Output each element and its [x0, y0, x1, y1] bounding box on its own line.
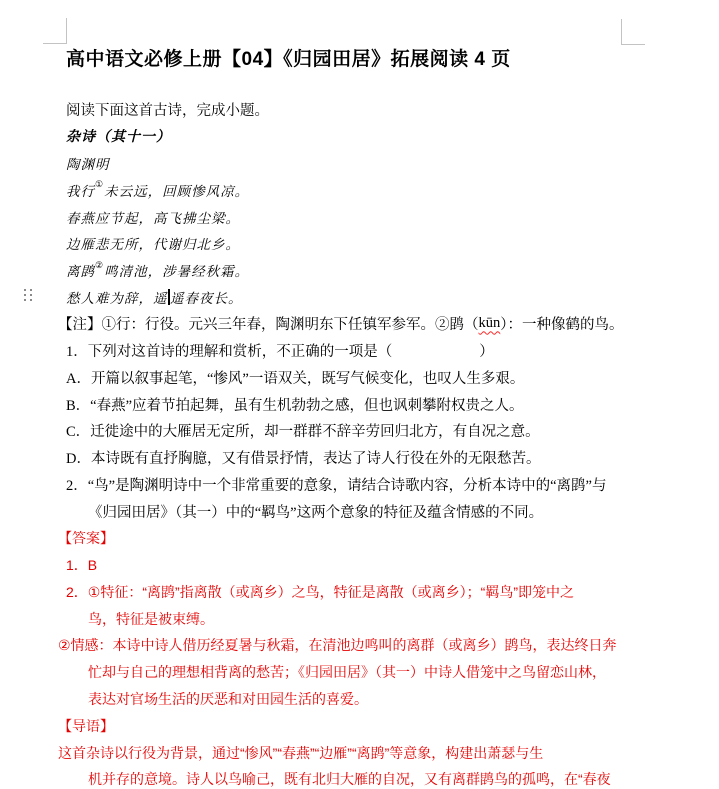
misspelled-word: kūn: [479, 315, 501, 332]
doc-line-answer-1[interactable]: 1．B: [66, 552, 666, 579]
doc-line-poem-line-1[interactable]: 我行①未云远，回顾惨风凉。: [66, 176, 666, 203]
text-run: C．迁徙途中的大雁居无定所，却一群群不辞辛劳回归北方，有自况之意。: [66, 420, 540, 441]
doc-line-option-d[interactable]: D．本诗既有直抒胸臆，又有借景抒情，表达了诗人行役在外的无限愁苦。: [66, 444, 666, 471]
doc-line-answer-2b-cont-1[interactable]: 忙却与自己的理想相背离的愁苦；《归园田居》（其一）中诗人借笼中之鸟留恋山林，: [88, 659, 666, 686]
text-run: 鸟，特征是被束缚。: [88, 609, 214, 629]
text-run: 【注】①行：行役。元兴三年春，陶渊明东下任镇军参军。②鹍（: [58, 313, 479, 334]
text-run: ②情感：本诗中诗人借历经夏暑与秋霜，在清池边鸣叫的离群（或离乡）鹍鸟，表达终日奔: [58, 635, 617, 655]
text-run: 愁人难为辞，遥: [66, 287, 168, 307]
doc-line-option-c[interactable]: C．迁徙途中的大雁居无定所，却一群群不辞辛劳回归北方，有自况之意。: [66, 418, 666, 445]
doc-line-poem-author[interactable]: 陶渊明: [66, 150, 666, 177]
text-run: 【导语】: [58, 716, 114, 736]
doc-line-question-2-cont[interactable]: 《归园田居》（其一）中的“羁鸟”这两个意象的特征及蕴含情感的不同。: [88, 498, 666, 525]
text-run: 忙却与自己的理想相背离的愁苦；《归园田居》（其一）中诗人借笼中之鸟留恋山林，: [88, 662, 606, 682]
doc-line-guide-body-cont[interactable]: 机并存的意境。诗人以鸟喻己，既有北归大雁的自况，又有离群鹍鸟的孤鸣，在“春夜: [88, 766, 666, 789]
doc-line-answer-2a[interactable]: 2．①特征：“离鹍”指离散（或离乡）之鸟，特征是离散（或离乡）；“羁鸟”即笼中之: [66, 578, 666, 605]
document-body: 阅读下面这首古诗，完成小题。杂诗（其十一）陶渊明我行①未云远，回顾惨风凉。春燕应…: [66, 96, 666, 789]
text-run: 我行: [66, 180, 95, 200]
doc-line-guide-heading[interactable]: 【导语】: [58, 712, 666, 739]
margin-corner-mark-top-right: [621, 19, 645, 45]
doc-line-answer-2a-cont[interactable]: 鸟，特征是被束缚。: [88, 605, 666, 632]
text-run: A．开篇以叙事起笔，“惨风”一语双关，既写气候变化，也叹人生多艰。: [66, 367, 524, 388]
page-title[interactable]: 高中语文必修上册【04】《归园田居》拓展阅读 4 页: [66, 44, 646, 71]
text-run: ）：一种像鹤的鸟。: [500, 313, 623, 334]
text-run: 【答案】: [58, 528, 114, 548]
text-run: 杂诗（其十一）: [66, 126, 171, 146]
text-run: 未云远，回顾惨风凉。: [104, 180, 249, 200]
margin-corner-mark-top-left: [43, 18, 67, 44]
text-run: 边雁悲无所，代谢归北乡。: [66, 233, 240, 253]
text-run: 这首杂诗以行役为背景，通过“惨风”“春燕”“边雁”“离鹍”等意象，构建出萧瑟与生: [58, 743, 543, 763]
text-run: 1．下列对这首诗的理解和赏析，不正确的一项是（ ）: [66, 340, 494, 361]
doc-line-question-2[interactable]: 2．“鸟”是陶渊明诗中一个非常重要的意象，请结合诗歌内容，分析本诗中的“离鹍”与: [66, 471, 666, 498]
doc-line-poem-heading[interactable]: 杂诗（其十一）: [66, 123, 666, 150]
superscript-marker: ①: [95, 179, 104, 190]
doc-line-guide-body[interactable]: 这首杂诗以行役为背景，通过“惨风”“春燕”“边雁”“离鹍”等意象，构建出萧瑟与生: [58, 739, 666, 766]
doc-line-poem-line-3[interactable]: 边雁悲无所，代谢归北乡。: [66, 230, 666, 257]
text-run: 1．B: [66, 555, 97, 575]
doc-line-option-a[interactable]: A．开篇以叙事起笔，“惨风”一语双关，既写气候变化，也叹人生多艰。: [66, 364, 666, 391]
doc-line-note[interactable]: 【注】①行：行役。元兴三年春，陶渊明东下任镇军参军。②鹍（kūn）：一种像鹤的鸟…: [58, 310, 666, 337]
text-run: 离鹍: [66, 260, 95, 280]
text-run: 2．“鸟”是陶渊明诗中一个非常重要的意象，请结合诗歌内容，分析本诗中的“离鹍”与: [66, 474, 607, 495]
text-run: 陶渊明: [66, 153, 110, 173]
doc-line-option-b[interactable]: B．“春燕”应着节拍起舞，虽有生机勃勃之感，但也讽刺攀附权贵之人。: [66, 391, 666, 418]
text-run: 《归园田居》（其一）中的“羁鸟”这两个意象的特征及蕴含情感的不同。: [88, 501, 543, 522]
superscript-marker: ②: [95, 260, 104, 271]
doc-line-poem-line-2[interactable]: 春燕应节起，高飞拂尘梁。: [66, 203, 666, 230]
doc-line-answer-heading[interactable]: 【答案】: [58, 525, 666, 552]
doc-line-answer-2b-cont-2[interactable]: 表达对官场生活的厌恶和对田园生活的喜爱。: [88, 686, 666, 713]
text-run: 2．①特征：“离鹍”指离散（或离乡）之鸟，特征是离散（或离乡）；“羁鸟”即笼中之: [66, 582, 574, 602]
text-run: D．本诗既有直抒胸臆，又有借景抒情，表达了诗人行役在外的无限愁苦。: [66, 447, 540, 468]
document-page[interactable]: { "page": { "background": "#ffffff", "te…: [0, 0, 719, 789]
text-run: 表达对官场生活的厌恶和对田园生活的喜爱。: [88, 689, 368, 709]
drag-handle-icon[interactable]: [24, 289, 26, 291]
text-run: 春燕应节起，高飞拂尘梁。: [66, 207, 240, 227]
text-run: 阅读下面这首古诗，完成小题。: [66, 99, 269, 120]
doc-line-question-1[interactable]: 1．下列对这首诗的理解和赏析，不正确的一项是（ ）: [66, 337, 666, 364]
text-run: B．“春燕”应着节拍起舞，虽有生机勃勃之感，但也讽刺攀附权贵之人。: [66, 394, 524, 415]
text-run: 鸣清池，涉暑经秋霜。: [104, 260, 249, 280]
doc-line-answer-2b[interactable]: ②情感：本诗中诗人借历经夏暑与秋霜，在清池边鸣叫的离群（或离乡）鹍鸟，表达终日奔: [58, 632, 666, 659]
text-run: 遥春夜长。: [170, 287, 243, 307]
doc-line-poem-line-5[interactable]: 愁人难为辞，遥遥春夜长。: [66, 284, 666, 311]
text-run: 机并存的意境。诗人以鸟喻己，既有北归大雁的自况，又有离群鹍鸟的孤鸣，在“春夜: [88, 769, 611, 789]
doc-line-poem-line-4[interactable]: 离鹍②鸣清池，涉暑经秋霜。: [66, 257, 666, 284]
doc-line-intro[interactable]: 阅读下面这首古诗，完成小题。: [66, 96, 666, 123]
